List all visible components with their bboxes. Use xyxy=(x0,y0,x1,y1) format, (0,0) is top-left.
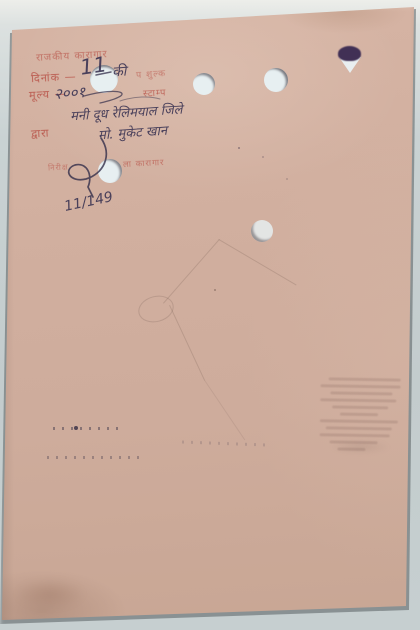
handwritten-date-suffix: की xyxy=(111,62,127,82)
corner-stain xyxy=(15,578,85,610)
stamp-by-label: द्वारा xyxy=(31,126,50,142)
stamp-fee-fragment: प शुल्क xyxy=(136,66,167,81)
paper-speck xyxy=(238,147,240,149)
punch-hole xyxy=(251,220,273,242)
stamp-jail-fragment: ला कारागार xyxy=(123,157,165,170)
dark-dot xyxy=(74,426,78,430)
faint-smudge xyxy=(330,440,390,454)
punch-hole xyxy=(264,68,288,92)
ink-blot xyxy=(338,46,361,61)
punch-hole xyxy=(98,159,122,183)
paper-speck xyxy=(214,289,216,291)
stamp-inspector-fragment: निरीक्ष xyxy=(48,161,69,173)
faint-dotted-marks xyxy=(53,427,125,430)
document-photo: राजकीय कारागार दिनांक — प शुल्क स्टाम्प … xyxy=(0,0,420,630)
paper-speck xyxy=(286,178,288,180)
paper-speck xyxy=(262,156,264,158)
handwritten-value: २००१ xyxy=(53,82,86,104)
punch-hole xyxy=(193,73,215,95)
faint-dotted-marks xyxy=(47,456,139,459)
handwritten-date: 11 xyxy=(78,52,108,79)
stamp-word-stamp: स्टाम्प xyxy=(143,85,167,99)
